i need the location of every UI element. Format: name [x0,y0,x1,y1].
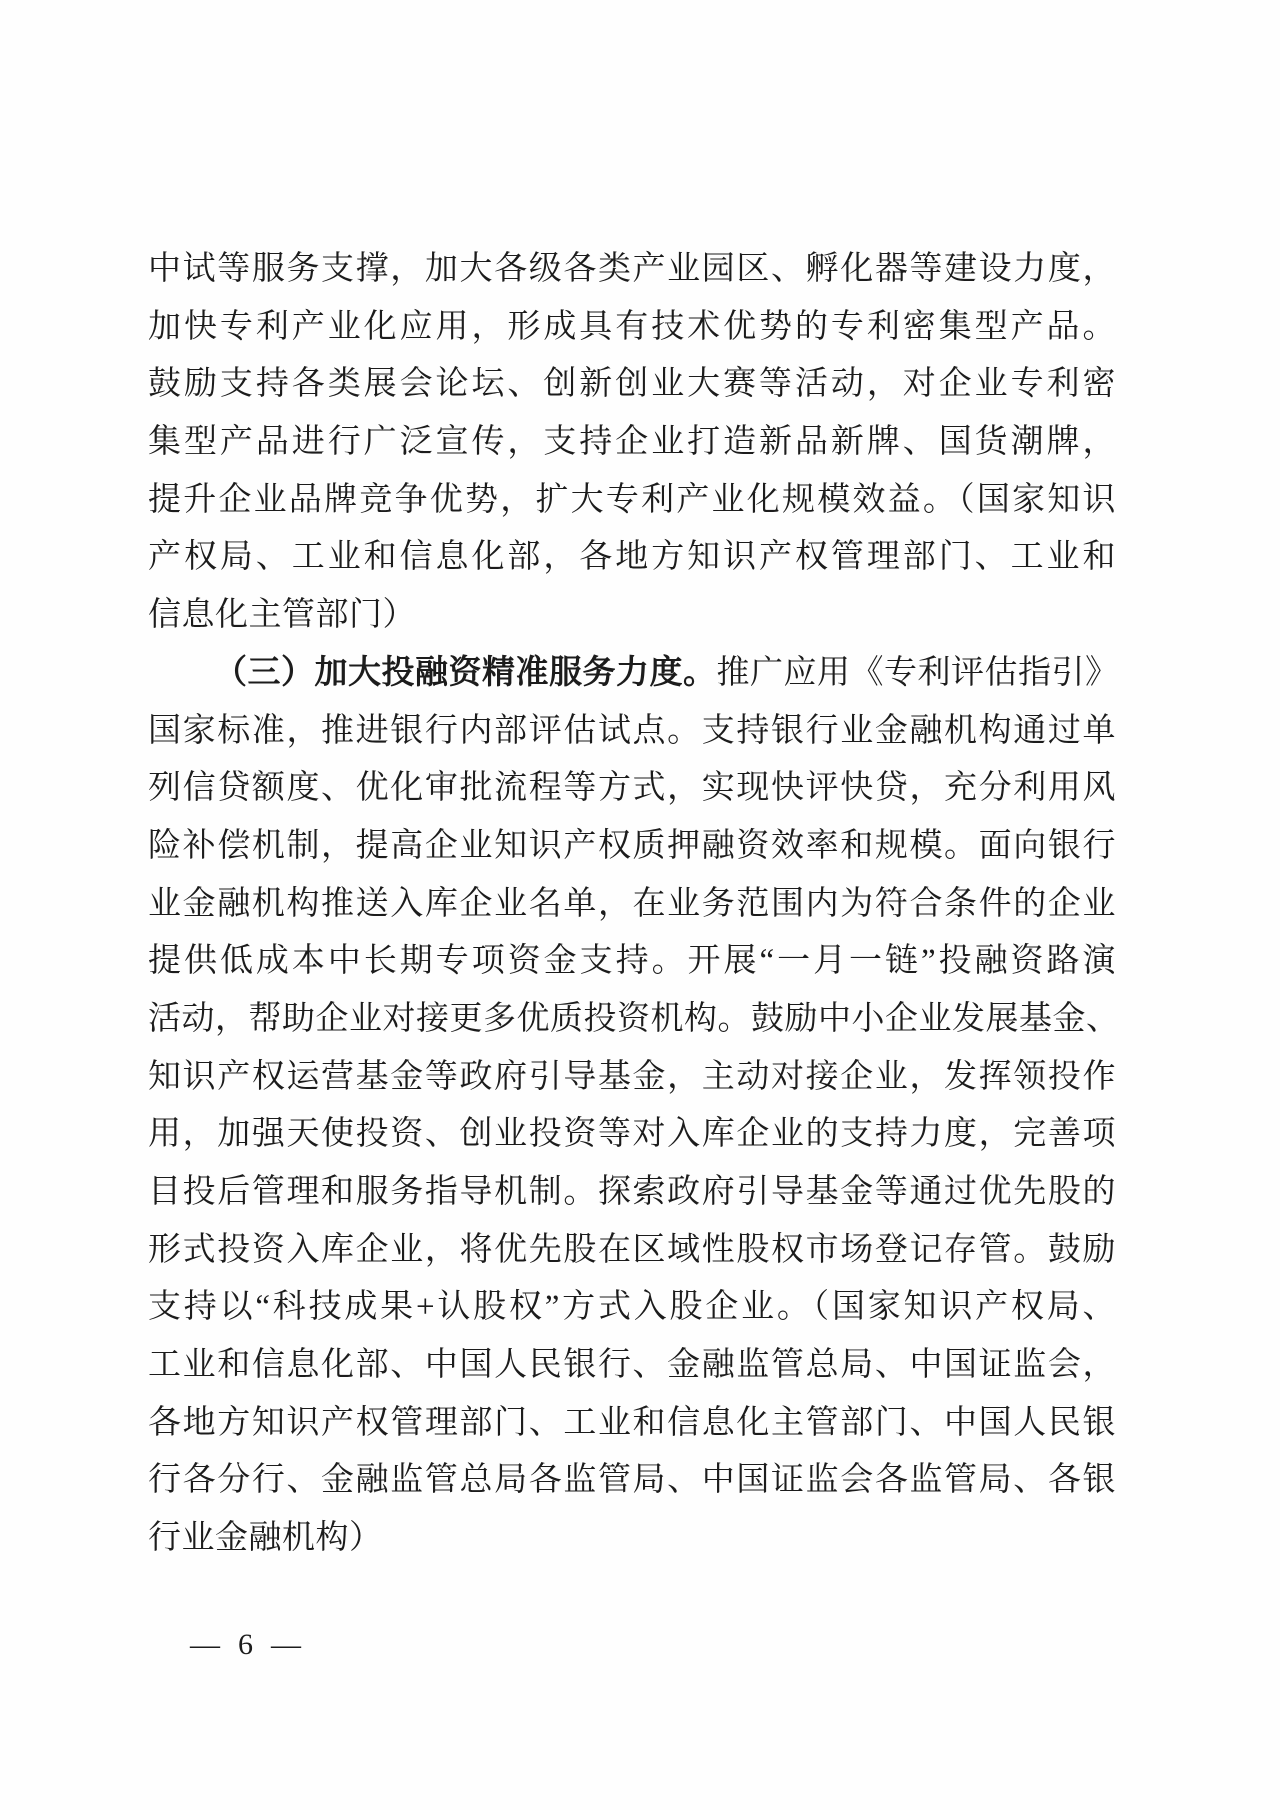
text-line: 列信贷额度、优化审批流程等方式，实现快评快贷，充分利用风 [148,760,1116,818]
text-line: 业金融机构推送入库企业名单，在业务范围内为符合条件的企业 [148,876,1116,934]
text-line: 信息化主管部门） [148,587,1116,645]
body-text: 中试等服务支撑，加大各级各类产业园区、孵化器等建设力度， 加快专利产业化应用，形… [148,241,1116,1568]
section-heading-line: （三）加大投融资精准服务力度。推广应用《专利评估指引》 [148,645,1116,703]
text-line: 提供低成本中长期专项资金支持。开展“一月一链”投融资路演 [148,933,1116,991]
text-line: 行业金融机构） [148,1510,1116,1568]
text-line: 活动，帮助企业对接更多优质投资机构。鼓励中小企业发展基金、 [148,991,1116,1049]
text-line: 支持以“科技成果+认股权”方式入股企业。（国家知识产权局、 [148,1279,1116,1337]
page-footer: —6— [190,1628,301,1662]
text-line: 险补偿机制，提高企业知识产权质押融资效率和规模。面向银行 [148,818,1116,876]
text-line: 各地方知识产权管理部门、工业和信息化主管部门、中国人民银 [148,1395,1116,1453]
text-line: 集型产品进行广泛宣传，支持企业打造新品新牌、国货潮牌， [148,414,1116,472]
text-line: 提升企业品牌竞争优势，扩大专利产业化规模效益。（国家知识 [148,472,1116,530]
text-line: 加快专利产业化应用，形成具有技术优势的专利密集型产品。 [148,299,1116,357]
text-line: 工业和信息化部、中国人民银行、金融监管总局、中国证监会， [148,1337,1116,1395]
footer-right-dash: — [271,1628,301,1662]
text-line: 行各分行、金融监管总局各监管局、中国证监会各监管局、各银 [148,1452,1116,1510]
text-line: 产权局、工业和信息化部，各地方知识产权管理部门、工业和 [148,529,1116,587]
text-line: 知识产权运营基金等政府引导基金，主动对接企业，发挥领投作 [148,1049,1116,1107]
footer-left-dash: — [190,1628,220,1662]
section-heading-rest: 推广应用《专利评估指引》 [717,655,1119,691]
text-line: 目投后管理和服务指导机制。探索政府引导基金等通过优先股的 [148,1164,1116,1222]
text-line: 国家标准，推进银行内部评估试点。支持银行业金融机构通过单 [148,703,1116,761]
section-heading-bold: （三）加大投融资精准服务力度。 [214,655,717,691]
document-page: 中试等服务支撑，加大各级各类产业园区、孵化器等建设力度， 加快专利产业化应用，形… [0,0,1280,1810]
text-line: 中试等服务支撑，加大各级各类产业园区、孵化器等建设力度， [148,241,1116,299]
text-line: 形式投资入库企业，将优先股在区域性股权市场登记存管。鼓励 [148,1222,1116,1280]
text-line: 鼓励支持各类展会论坛、创新创业大赛等活动，对企业专利密 [148,356,1116,414]
text-line: 用，加强天使投资、创业投资等对入库企业的支持力度，完善项 [148,1106,1116,1164]
page-number: 6 [238,1628,253,1662]
